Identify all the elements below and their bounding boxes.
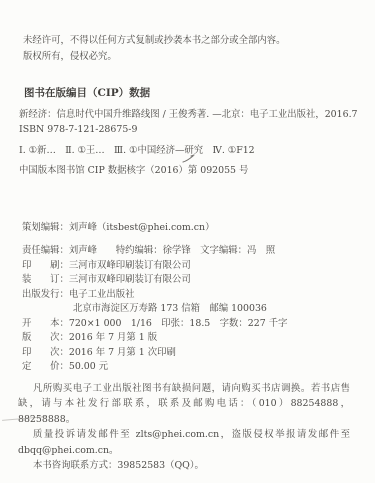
book-copyright-page: 未经许可，不得以任何方式复制或抄袭本书之部分或全部内容。 版权所有，侵权必究。 … (0, 0, 375, 483)
imprint-row-publisher: 出版发行：电子工业出版社 (22, 288, 287, 303)
cip-isbn-line: ISBN 978-7-121-28675-9 (19, 122, 358, 137)
copyright-notice-line-1: 未经许可，不得以任何方式复制或抄袭本书之部分或全部内容。 (23, 33, 286, 49)
service-note-qq-contact: 本书咨询联系方式：39852583（QQ）。 (18, 458, 350, 473)
cip-heading: 图书在版编目（CIP）数据 (24, 86, 150, 102)
imprint-block: 策划编辑：刘声峰（itsbest@phei.com.cn） 责任编辑：刘声峰 特… (22, 221, 287, 375)
imprint-row-printing: 印 次：2016 年 7 月第 1 次印刷 (22, 346, 287, 361)
imprint-row-publisher-address: 北京市海淀区万寿路 173 信箱 邮编 100036 (22, 302, 287, 317)
cip-data-block: 新经济：信息时代中国升维路线图 / 王俊秀著. —北京：电子工业出版社，2016… (19, 107, 358, 178)
copyright-notice: 未经许可，不得以任何方式复制或抄袭本书之部分或全部内容。 版权所有，侵权必究。 (23, 33, 286, 65)
imprint-row-price: 定 价：50.00 元 (22, 360, 287, 375)
imprint-row-edition: 版 次：2016 年 7 月第 1 版 (22, 331, 287, 346)
imprint-row-planning-editor: 策划编辑：刘声峰（itsbest@phei.com.cn） (22, 221, 287, 236)
service-note-returns: 凡所购买电子工业出版社图书有缺损问题，请向购买书店调换。若书店售缺，请与本社发行… (18, 381, 350, 427)
imprint-row-format: 开 本：720×1 000 1/16 印张：18.5 字数：227 千字 (22, 317, 287, 332)
service-note-quality-email: 质量投诉请发邮件至 zlts@phei.com.cn，盗版侵权举报请发邮件至 d… (18, 427, 350, 458)
cip-title-line: 新经济：信息时代中国升维路线图 / 王俊秀著. —北京：电子工业出版社，2016… (19, 107, 358, 122)
cip-record-number-line: 中国版本图书馆 CIP 数据核字（2016）第 092055 号 (19, 163, 358, 178)
scan-pen-mark (181, 153, 199, 163)
copyright-notice-line-2: 版权所有，侵权必究。 (23, 49, 286, 65)
imprint-row-printer: 印 刷：三河市双峰印刷装订有限公司 (22, 259, 287, 274)
imprint-row-binder: 装 订：三河市双峰印刷装订有限公司 (22, 273, 287, 288)
service-notes-block: 凡所购买电子工业出版社图书有缺损问题，请向购买书店调换。若书店售缺，请与本社发行… (18, 381, 350, 473)
imprint-row-editors: 责任编辑：刘声峰 特约编辑：徐学锋 文字编辑：冯 照 (22, 244, 287, 259)
